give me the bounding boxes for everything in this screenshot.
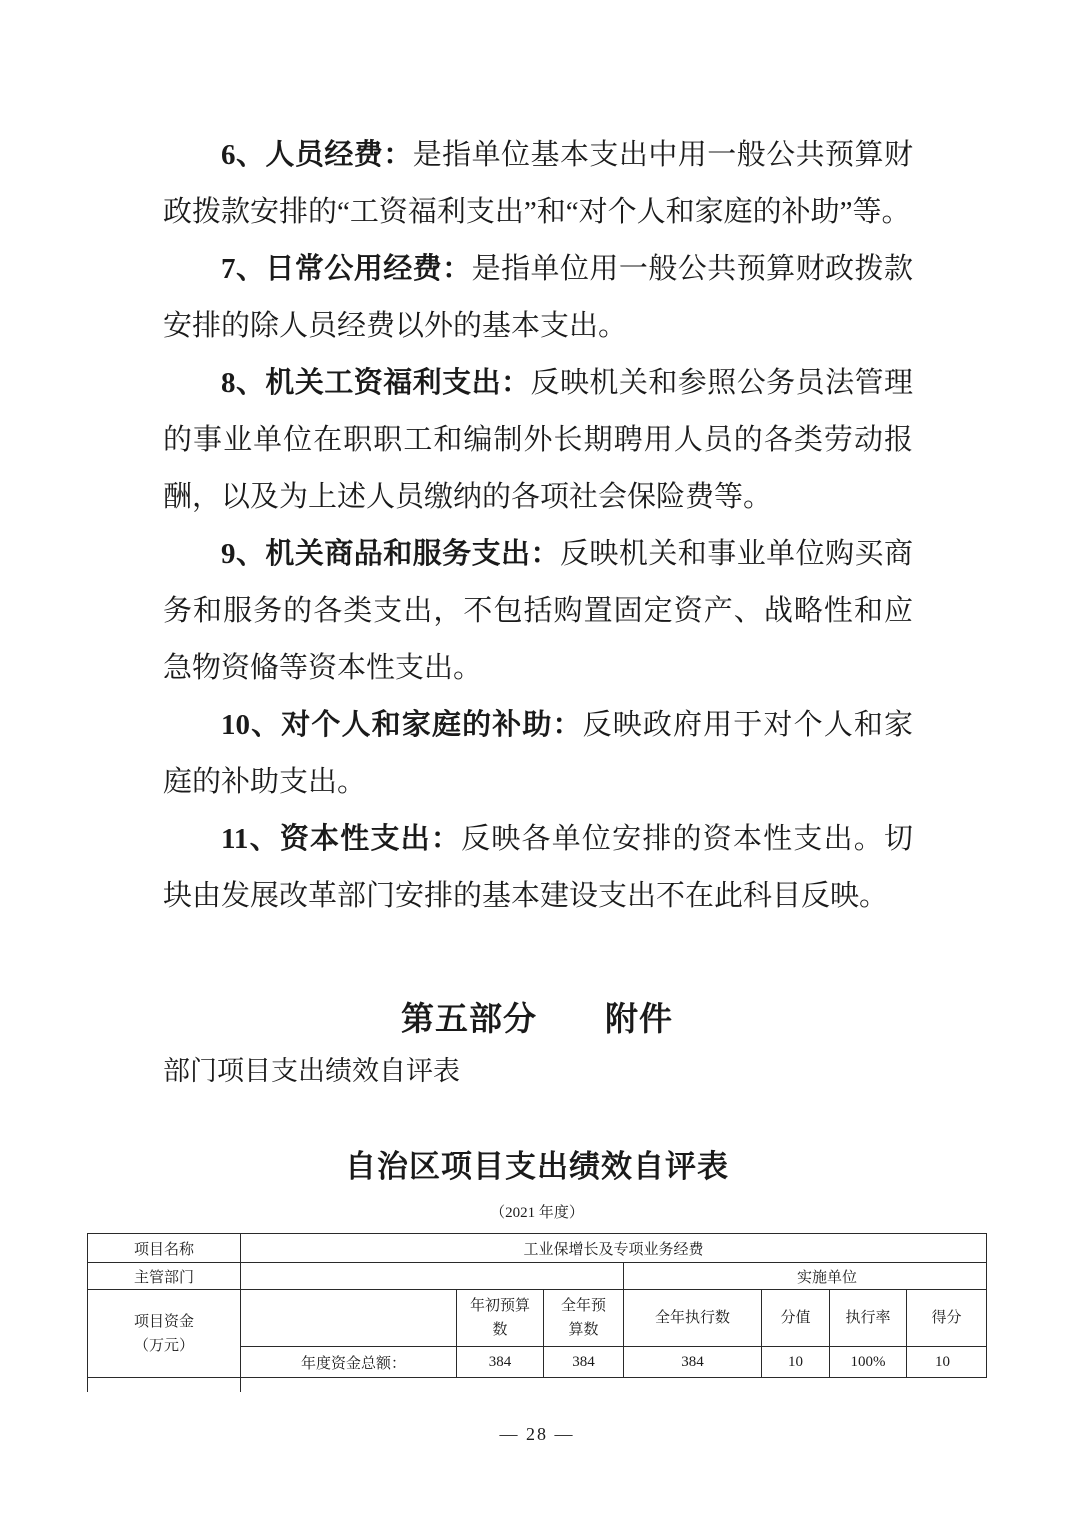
- document-page: 6、人员经费：是指单位基本支出中用一般公共预算财政拨款安排的“工资福利支出”和“…: [0, 0, 1074, 1520]
- score-value: 10: [907, 1347, 987, 1378]
- department-label: 主管部门: [88, 1263, 241, 1290]
- section-subheading: 部门项目支出绩效自评表: [163, 1050, 460, 1092]
- column-header: 全年执行数: [624, 1290, 762, 1347]
- paragraph-label: 7、日常公用经费：: [221, 253, 472, 285]
- section-heading: 第五部分 附件: [0, 994, 1074, 1044]
- paragraph-label: 8、机关工资福利支出：: [221, 367, 531, 399]
- column-header: 分值: [762, 1290, 830, 1347]
- paragraph-label: 10、对个人和家庭的补助：: [221, 709, 583, 741]
- full-year-execution-value: 384: [624, 1347, 762, 1378]
- column-header: 全年预算数: [544, 1290, 624, 1347]
- table-row: 主管部门 实施单位: [88, 1263, 987, 1290]
- table-row: 项目名称 工业保增长及专项业务经费: [88, 1234, 987, 1263]
- paragraph-item-7: 7、日常公用经费：是指单位用一般公共预算财政拨款安排的除人员经费以外的基本支出。: [163, 241, 913, 355]
- column-header: 执行率: [830, 1290, 907, 1347]
- paragraph-item-11: 11、资本性支出：反映各单位安排的资本性支出。切块由发展改革部门安排的基本建设支…: [163, 811, 913, 925]
- self-evaluation-table-wrap: 项目名称 工业保增长及专项业务经费 主管部门 实施单位 项目资金 （万元） 年初…: [87, 1233, 986, 1378]
- page-number: — 28 —: [0, 1420, 1074, 1448]
- paragraph-label: 9、机关商品和服务支出：: [221, 538, 560, 570]
- execution-rate-value: 100%: [830, 1347, 907, 1378]
- paragraph-item-10: 10、对个人和家庭的补助：反映政府用于对个人和家庭的补助支出。: [163, 697, 913, 811]
- table-row: 项目资金 （万元） 年初预算数 全年预算数 全年执行数 分值 执行率 得分: [88, 1290, 987, 1347]
- table-cutoff-left-border: [87, 1378, 88, 1392]
- table-cutoff-divider-border: [240, 1378, 241, 1392]
- project-funds-label: 项目资金 （万元）: [88, 1290, 241, 1378]
- paragraph-item-6: 6、人员经费：是指单位基本支出中用一般公共预算财政拨款安排的“工资福利支出”和“…: [163, 127, 913, 241]
- self-evaluation-table: 项目名称 工业保增长及专项业务经费 主管部门 实施单位 项目资金 （万元） 年初…: [87, 1233, 987, 1378]
- paragraph-item-9: 9、机关商品和服务支出：反映机关和事业单位购买商务和服务的各类支出，不包括购置固…: [163, 526, 913, 697]
- full-year-budget-value: 384: [544, 1347, 624, 1378]
- definitions-block: 6、人员经费：是指单位基本支出中用一般公共预算财政拨款安排的“工资福利支出”和“…: [163, 127, 913, 925]
- table-year: （2021 年度）: [0, 1200, 1074, 1226]
- project-name-value: 工业保增长及专项业务经费: [241, 1234, 987, 1263]
- paragraph-item-8: 8、机关工资福利支出：反映机关和参照公务员法管理的事业单位在职职工和编制外长期聘…: [163, 355, 913, 526]
- project-funds-label-line1: 项目资金: [134, 1314, 194, 1330]
- score-weight-value: 10: [762, 1347, 830, 1378]
- department-value: [241, 1263, 624, 1290]
- annual-total-label: 年度资金总额：: [241, 1347, 457, 1378]
- paragraph-label: 11、资本性支出：: [221, 823, 461, 855]
- column-header: 年初预算数: [457, 1290, 544, 1347]
- table-title: 自治区项目支出绩效自评表: [0, 1145, 1074, 1189]
- implementing-unit-label: 实施单位: [624, 1263, 987, 1290]
- project-name-label: 项目名称: [88, 1234, 241, 1263]
- project-funds-label-line2: （万元）: [134, 1338, 194, 1354]
- empty-header-cell: [241, 1290, 457, 1347]
- initial-budget-value: 384: [457, 1347, 544, 1378]
- column-header: 得分: [907, 1290, 987, 1347]
- paragraph-label: 6、人员经费：: [221, 139, 413, 171]
